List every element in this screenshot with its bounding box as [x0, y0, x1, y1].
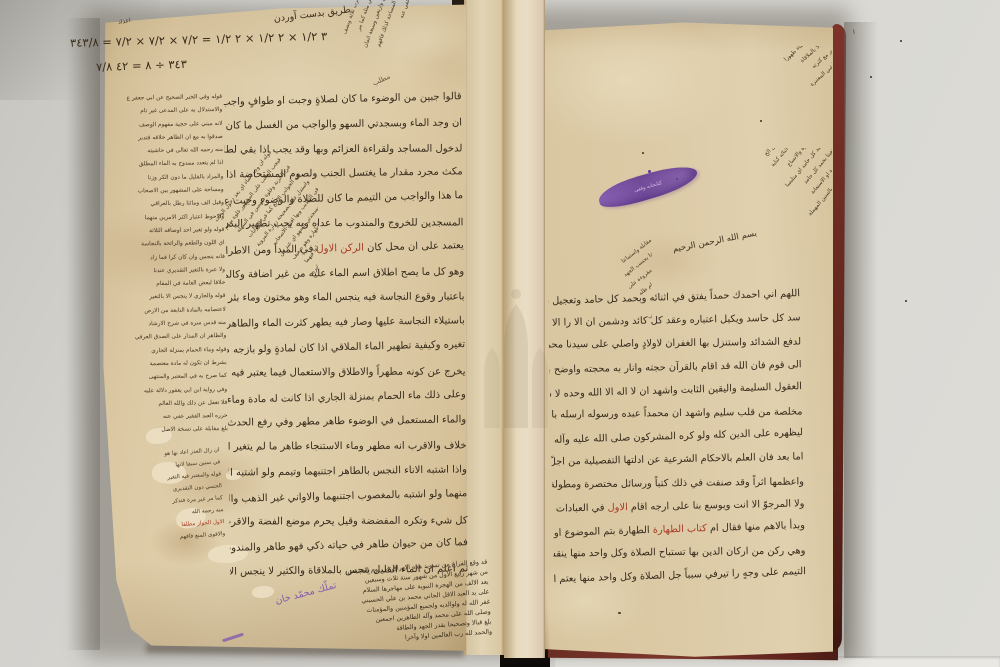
formula-side-gloss: اي حاصل ضرب ثلاثة ونصففي مثله في مثله كم…: [290, 0, 412, 100]
foxing-dot: [642, 152, 644, 154]
ink-speck: [648, 170, 651, 173]
foxing-dot: [905, 300, 907, 302]
colophon-block: قد وقع الفراغ من تسويد هذه الاوراق في يو…: [244, 558, 493, 655]
library-stamp-text: كتابخانه وقفى: [633, 180, 662, 194]
foxing-dot: [870, 76, 872, 78]
foxing-dot: [618, 612, 621, 614]
left-edge-shadow: [66, 18, 100, 650]
foxing-dot: [760, 120, 762, 122]
main-text-left: قالوا جبين من الوضوء ما كان لصلاةٍ وجبت …: [224, 86, 469, 585]
foliation-mark: ۱: [852, 28, 856, 36]
right-edge-shadow: [844, 22, 878, 658]
foxing-dot: [900, 40, 902, 42]
gloss-top-right-corner: الحمد لله الذي جعل الماء طهوراولم يجعله …: [726, 46, 832, 164]
diagonal-gloss-right-margin: قوله احمدك حمدا يفتق الخالفتق الشق وفتق …: [688, 148, 832, 572]
manuscript-photo: { "scene": { "description": "Open Arabic…: [0, 0, 1000, 667]
ink-speck: [676, 178, 678, 180]
margin-notes-left-lower: ان زال العذر اعاد بها هوفي سنين سبقا لان…: [107, 444, 228, 591]
